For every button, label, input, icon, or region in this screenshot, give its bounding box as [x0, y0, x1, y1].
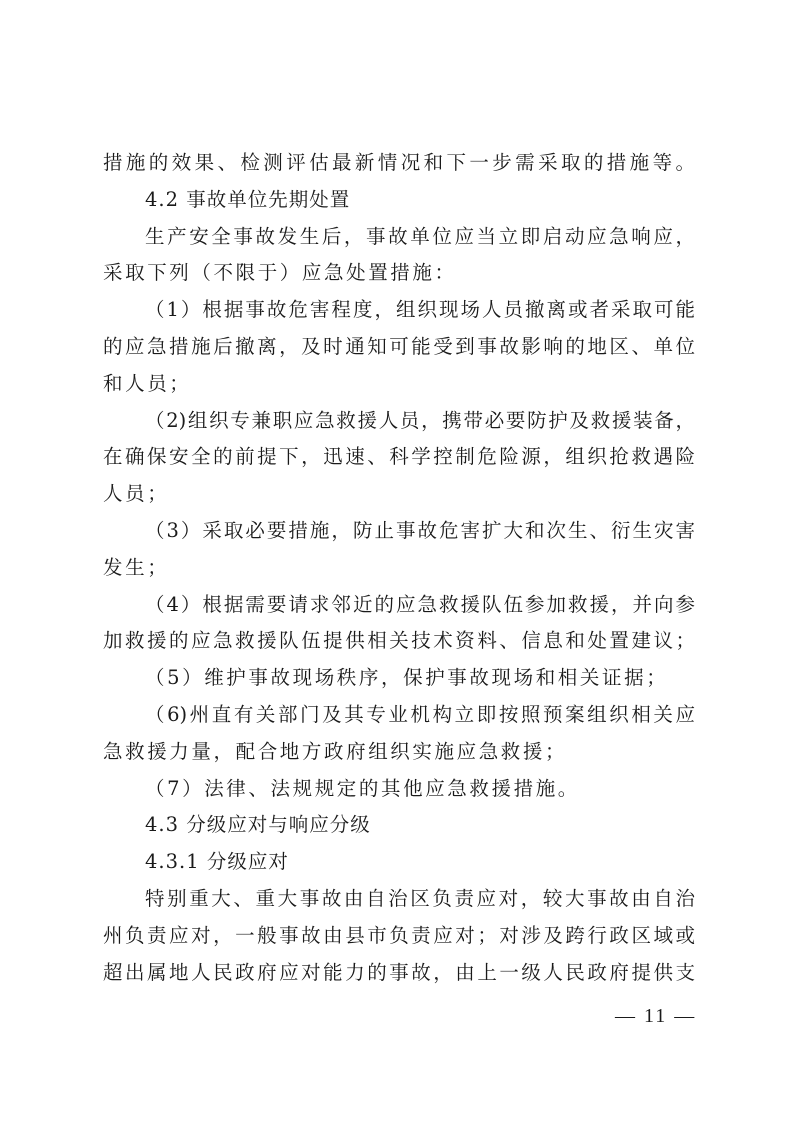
text-line: 急救援力量，配合地方政府组织实施应急救援； [103, 734, 695, 771]
section-heading-4-3-1: 4.3.1 分级应对 [103, 844, 695, 881]
page-number: — 11 — [615, 1005, 696, 1028]
text-line: 州负责应对，一般事故由县市负责应对；对涉及跨行政区域或 [103, 918, 695, 955]
document-page: 措施的效果、检测评估最新情况和下一步需采取的措施等。 4.2 事故单位先期处置 … [103, 145, 695, 991]
section-heading-4-3: 4.3 分级应对与响应分级 [103, 807, 695, 844]
text-line: 超出属地人民政府应对能力的事故，由上一级人民政府提供支 [103, 955, 695, 992]
list-item-4: （4）根据需要请求邻近的应急救援队伍参加救援，并向参 [103, 587, 695, 624]
text-line: 措施的效果、检测评估最新情况和下一步需采取的措施等。 [103, 145, 695, 182]
text-line: 和人员； [103, 366, 695, 403]
text-line: 生产安全事故发生后，事故单位应当立即启动应急响应， [103, 219, 695, 256]
text-line: 加救援的应急救援队伍提供相关技术资料、信息和处置建议； [103, 623, 695, 660]
text-line: 特别重大、重大事故由自治区负责应对，较大事故由自治 [103, 881, 695, 918]
list-item-6: （6)州直有关部门及其专业机构立即按照预案组织相关应 [103, 697, 695, 734]
text-line: 采取下列（不限于）应急处置措施： [103, 255, 695, 292]
text-line: 在确保安全的前提下，迅速、科学控制危险源，组织抢救遇险 [103, 439, 695, 476]
list-item-5: （5）维护事故现场秩序，保护事故现场和相关证据； [103, 660, 695, 697]
section-heading-4-2: 4.2 事故单位先期处置 [103, 182, 695, 219]
text-line: 人员； [103, 476, 695, 513]
list-item-7: （7）法律、法规规定的其他应急救援措施。 [103, 771, 695, 808]
list-item-3: （3）采取必要措施，防止事故危害扩大和次生、衍生灾害 [103, 513, 695, 550]
list-item-2: （2)组织专兼职应急救援人员，携带必要防护及救援装备， [103, 403, 695, 440]
list-item-1: （1）根据事故危害程度，组织现场人员撤离或者采取可能 [103, 292, 695, 329]
text-line: 的应急措施后撤离，及时通知可能受到事故影响的地区、单位 [103, 329, 695, 366]
text-line: 发生； [103, 550, 695, 587]
